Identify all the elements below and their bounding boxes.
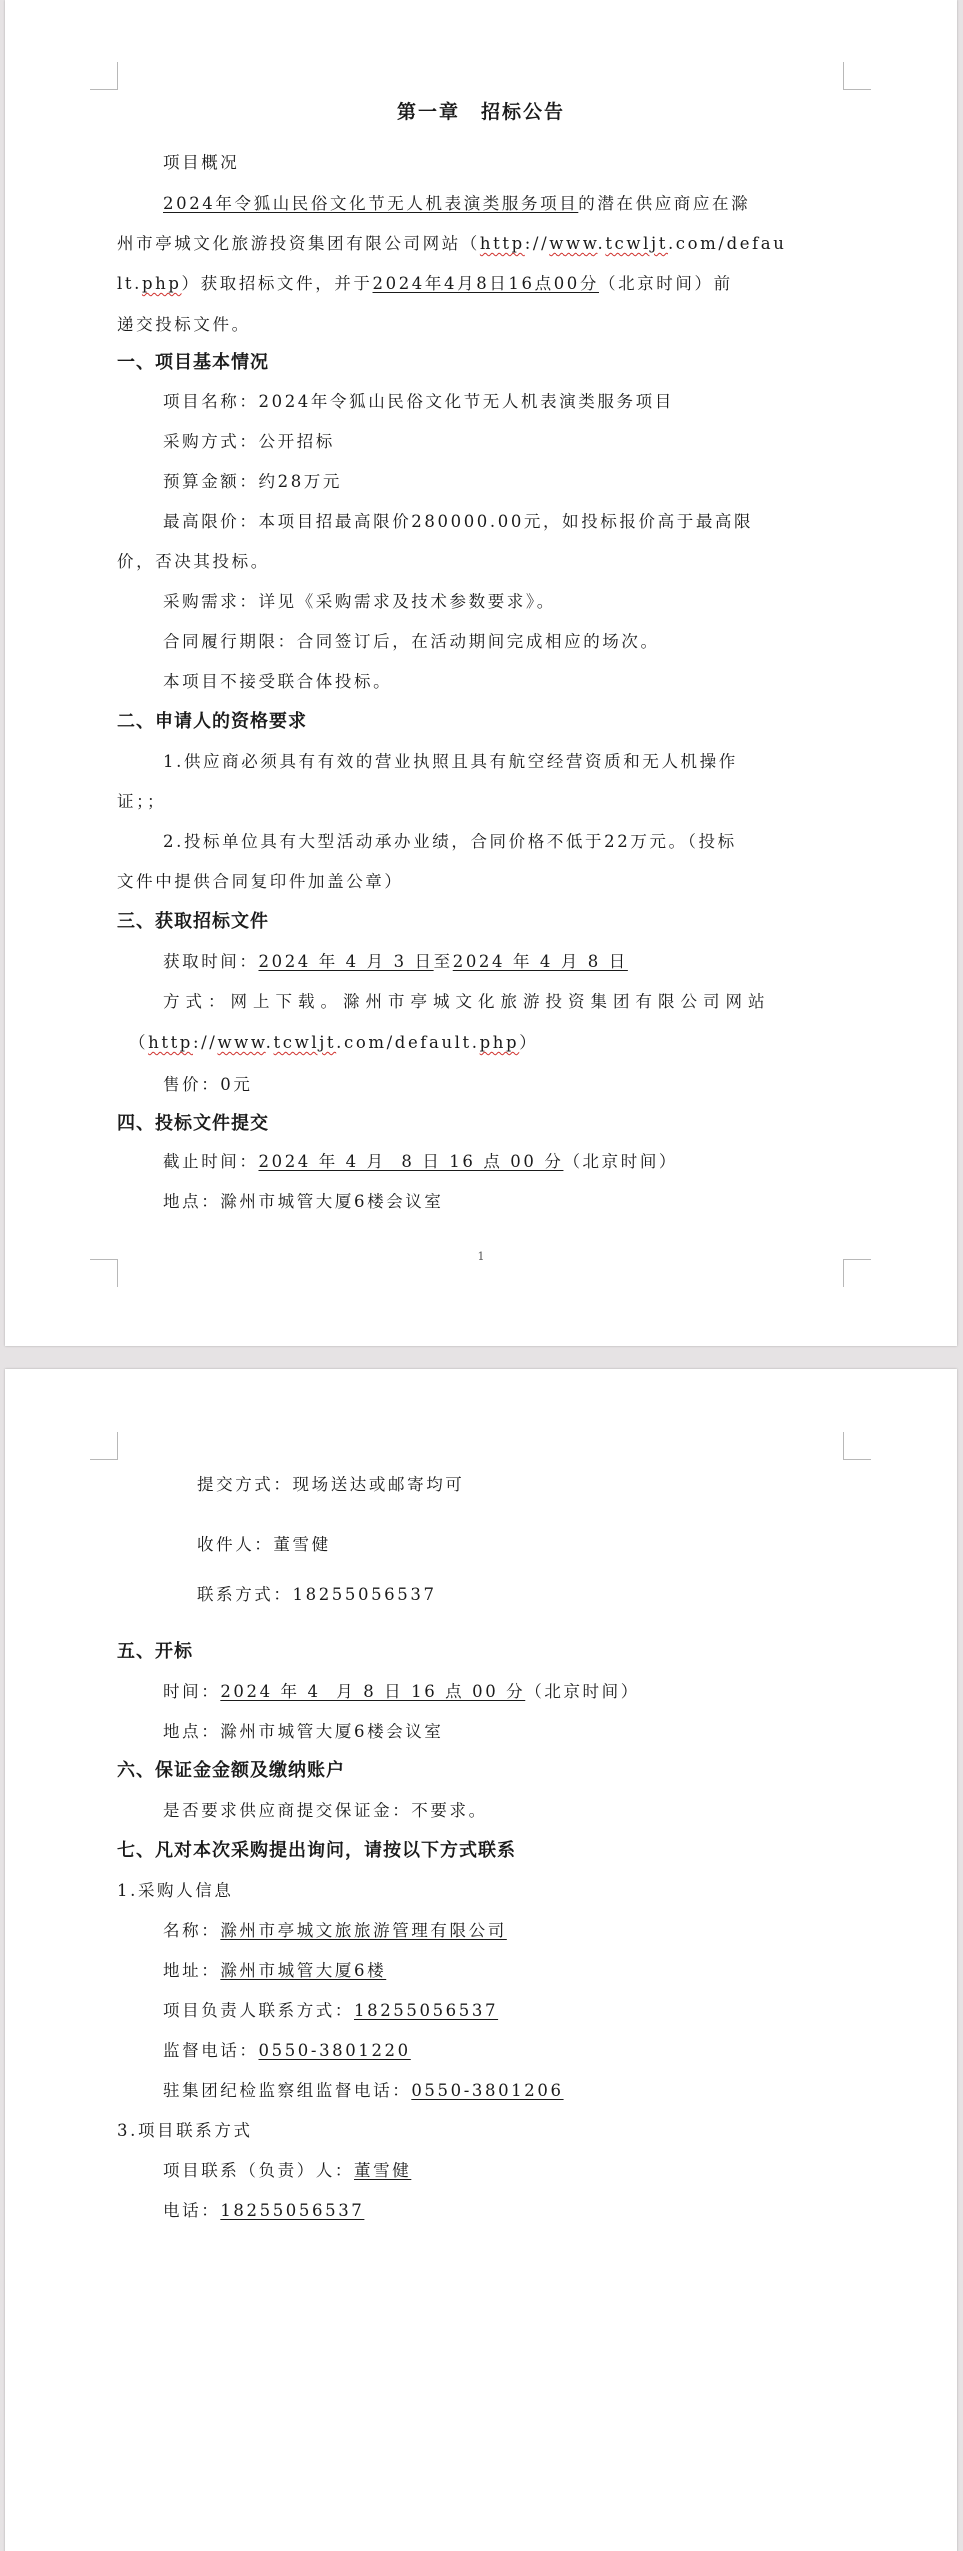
section-4-heading: 四、投标文件提交 [117, 1113, 847, 1135]
contract-period: 合同履行期限：合同签订后，在活动期间完成相应的场次。 [163, 631, 847, 653]
procurement-requirements: 采购需求：详见《采购需求及技术参数要求》。 [163, 591, 847, 613]
overview-paragraph-line-2: 州市亭城文化旅游投资集团有限公司网站（http://www.tcwljt.com… [117, 233, 847, 255]
requirement-2-line-2: 文件中提供合同复印件加盖公章） [117, 871, 847, 893]
overview-paragraph-line-1: 2024年令狐山民俗文化节无人机表演类服务项目的潜在供应商应在滁 [163, 193, 847, 215]
acquisition-time: 获取时间：2024 年 4 月 3 日至2024 年 4 月 8 日 [163, 951, 847, 973]
project-contact-phone: 电话：18255056537 [163, 2200, 847, 2222]
project-manager-contact: 项目负责人联系方式：18255056537 [163, 2000, 847, 2022]
project-name: 项目名称：2024年令狐山民俗文化节无人机表演类服务项目 [163, 391, 847, 413]
chapter-title: 第一章 招标公告 [5, 101, 957, 123]
consortium-note: 本项目不接受联合体投标。 [163, 671, 847, 693]
acquisition-method-line-1: 方式：网上下载。滁州市亭城文化旅游投资集团有限公司网站 [163, 991, 847, 1013]
margin-corner-top-left [90, 1432, 118, 1460]
purchaser-info-heading: 1.采购人信息 [117, 1880, 847, 1902]
acquisition-method-url: （http://www.tcwljt.com/default.php） [129, 1032, 859, 1054]
budget-amount: 预算金额：约28万元 [163, 471, 847, 493]
submission-deadline: 2024年4月8日16点00分 [373, 274, 599, 293]
section-3-heading: 三、获取招标文件 [117, 911, 847, 933]
margin-corner-top-right [843, 1432, 871, 1460]
document-page-1: 第一章 招标公告 项目概况 2024年令狐山民俗文化节无人机表演类服务项目的潜在… [5, 0, 957, 1346]
document-price: 售价：0元 [163, 1074, 847, 1096]
page-number: 1 [5, 1250, 957, 1263]
margin-corner-top-left [90, 62, 118, 90]
max-price-line-2: 价，否决其投标。 [117, 551, 847, 573]
margin-corner-bottom-right [843, 1259, 871, 1287]
document-page-2: 提交方式：现场送达或邮寄均可 收件人：董雪健 联系方式：18255056537 … [5, 1369, 957, 2551]
recipient: 收件人：董雪健 [197, 1534, 927, 1556]
section-7-heading: 七、凡对本次采购提出询问，请按以下方式联系 [117, 1840, 847, 1862]
project-contact-person: 项目联系（负责）人：董雪健 [163, 2160, 847, 2182]
deposit-requirement: 是否要求供应商提交保证金：不要求。 [163, 1800, 847, 1822]
purchaser-name: 名称：滁州市亭城文旅旅游管理有限公司 [163, 1920, 847, 1942]
supervision-phone: 监督电话：0550-3801220 [163, 2040, 847, 2062]
project-contact-heading: 3.项目联系方式 [117, 2120, 847, 2142]
section-6-heading: 六、保证金金额及缴纳账户 [117, 1760, 847, 1782]
section-5-heading: 五、开标 [117, 1641, 847, 1663]
discipline-supervision-phone: 驻集团纪检监察组监督电话：0550-3801206 [163, 2080, 847, 2102]
project-name-link: 2024年令狐山民俗文化节无人机表演类服务项目 [163, 194, 578, 213]
section-2-heading: 二、申请人的资格要求 [117, 711, 847, 733]
max-price-line-1: 最高限价：本项目招最高限价280000.00元，如投标报价高于最高限 [163, 511, 847, 533]
procurement-method: 采购方式：公开招标 [163, 431, 847, 453]
requirement-2-line-1: 2.投标单位具有大型活动承办业绩，合同价格不低于22万元。（投标 [163, 831, 847, 853]
opening-time: 时间：2024 年 4 月 8 日 16 点 00 分（北京时间） [163, 1681, 847, 1703]
overview-label: 项目概况 [163, 152, 847, 174]
overview-paragraph-line-4: 递交投标文件。 [117, 314, 847, 336]
submission-method: 提交方式：现场送达或邮寄均可 [197, 1474, 927, 1496]
requirement-1-line-2: 证；； [117, 791, 847, 813]
margin-corner-top-right [843, 62, 871, 90]
section-1-heading: 一、项目基本情况 [117, 352, 847, 374]
opening-location: 地点：滁州市城管大厦6楼会议室 [163, 1721, 847, 1743]
margin-corner-bottom-left [90, 1259, 118, 1287]
recipient-contact: 联系方式：18255056537 [197, 1584, 927, 1606]
submission-location: 地点：滁州市城管大厦6楼会议室 [163, 1191, 847, 1213]
overview-paragraph-line-3: lt.php）获取招标文件，并于2024年4月8日16点00分（北京时间）前 [117, 273, 847, 295]
requirement-1-line-1: 1.供应商必须具有有效的营业执照且具有航空经营资质和无人机操作 [163, 751, 847, 773]
purchaser-address: 地址：滁州市城管大厦6楼 [163, 1960, 847, 1982]
submission-deadline-line: 截止时间：2024 年 4 月 8 日 16 点 00 分（北京时间） [163, 1151, 847, 1173]
